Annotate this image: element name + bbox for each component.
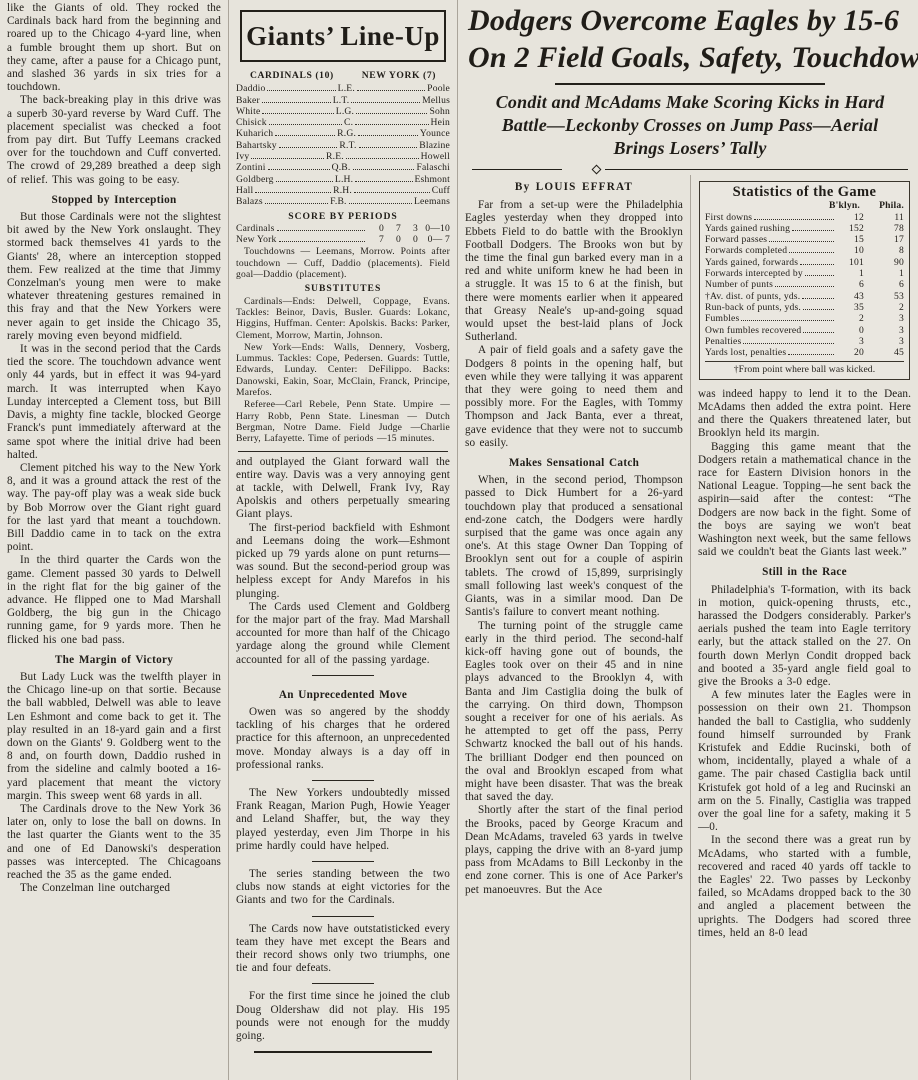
dot-leader [359, 147, 418, 148]
officials: Referee—Carl Rebele, Penn State. Umpire … [236, 399, 450, 444]
home-player: Goldberg [236, 174, 274, 185]
philadelphia-value: 1 [864, 268, 904, 279]
article-paragraph: The turning point of the struggle came e… [465, 620, 683, 805]
dot-leader [353, 169, 415, 170]
substitutes-newyork: New York—Ends: Walls, Dennery, Vosberg, … [236, 342, 450, 398]
brooklyn-value: 6 [836, 279, 864, 290]
dot-leader [358, 135, 418, 136]
stats-column-article: was indeed happy to lend it to the Dean.… [698, 388, 911, 940]
philadelphia-value: 53 [864, 291, 904, 302]
philadelphia-value: 78 [864, 223, 904, 234]
stat-label: Forward passes [705, 234, 767, 245]
brooklyn-value: 3 [836, 336, 864, 347]
dot-leader [357, 90, 425, 91]
statistics-row: Own fumbles recovered 0 3 [705, 325, 904, 336]
article-paragraph [236, 975, 450, 990]
stat-label: Yards gained, forwards [705, 257, 798, 268]
ornament-divider [472, 166, 908, 173]
stat-label: Penalties [705, 336, 741, 347]
home-player: Bahartsky [236, 140, 277, 151]
away-player: Hein [431, 117, 450, 128]
headline-rule [555, 83, 825, 85]
dot-leader [275, 135, 335, 136]
article-paragraph: Makes Sensational Catch [465, 457, 683, 470]
home-player: Ivy [236, 151, 249, 162]
box-bottom-rule [238, 451, 448, 452]
dot-leader [349, 203, 412, 204]
spacer [705, 200, 814, 211]
score-by-periods-title: SCORE BY PERIODS [236, 211, 450, 222]
position: L.G. [336, 106, 354, 117]
statistics-row: Forwards completed 10 8 [705, 245, 904, 256]
dot-leader [788, 354, 834, 355]
article-paragraph: It was in the second period that the Car… [7, 343, 221, 462]
q2-score: 7 [384, 223, 401, 234]
dot-leader [276, 181, 333, 182]
q2-score: 0 [384, 234, 401, 245]
statistics-rows: First downs 12 11 Yards gained rushing 1… [705, 212, 904, 359]
article-paragraph: By LOUIS EFFRAT [465, 181, 683, 194]
statistics-box: Statistics of the Game B'klyn. Phila. Fi… [699, 181, 910, 380]
left-article-column: like the Giants of old. They rocked the … [0, 0, 229, 1080]
away-player: Cuff [432, 185, 450, 196]
divider-segment [472, 169, 562, 170]
away-player: Howell [421, 151, 450, 162]
article-paragraph [236, 853, 450, 868]
dot-leader [802, 298, 834, 299]
brooklyn-column-header: B'klyn. [814, 200, 860, 211]
statistics-row: Fumbles 2 3 [705, 313, 904, 324]
away-player: Younce [420, 128, 450, 139]
home-player: Balazs [236, 196, 263, 207]
article-paragraph: Shortly after the start of the final per… [465, 804, 683, 896]
position: R.T. [339, 140, 356, 151]
position: R.H. [333, 185, 352, 196]
substitutes-cardinals: Cardinals—Ends: Delwell, Coppage, Evans.… [236, 296, 450, 341]
brooklyn-value: 12 [836, 212, 864, 223]
lineup-column-notes: and outplayed the Giant forward wall the… [236, 456, 450, 1044]
lineup-row: White L.G. Sohn [236, 106, 450, 117]
article-paragraph [236, 772, 450, 787]
brooklyn-value: 15 [836, 234, 864, 245]
lineup-row: Goldberg L.H. Eshmont [236, 174, 450, 185]
statistics-row: Forwards intercepted by 1 1 [705, 268, 904, 279]
away-player: Blazine [419, 140, 450, 151]
dot-leader [268, 169, 330, 170]
philadelphia-value: 11 [864, 212, 904, 223]
dot-leader [346, 158, 419, 159]
philadelphia-value: 2 [864, 302, 904, 313]
story-columns: By LOUIS EFFRAT Far from a set-up were t… [458, 175, 918, 1080]
philadelphia-value: 17 [864, 234, 904, 245]
position: L.E. [338, 83, 355, 94]
diamond-ornament-icon [592, 165, 602, 175]
scoring-summary: Touchdowns — Leemans, Morrow. Points aft… [236, 246, 450, 280]
home-player: Zontini [236, 162, 266, 173]
score-team: Cardinals [236, 223, 275, 234]
article-paragraph: Bagging this game meant that the Dodgers… [698, 441, 911, 560]
position: R.G. [337, 128, 356, 139]
lineup-row: Kuharich R.G. Younce [236, 128, 450, 139]
article-paragraph: In the third quarter the Cards won the g… [7, 554, 221, 646]
philadelphia-value: 3 [864, 336, 904, 347]
away-player: Poole [427, 83, 450, 94]
away-player: Leemans [414, 196, 450, 207]
dot-leader [354, 192, 430, 193]
dot-leader [269, 124, 342, 125]
article-paragraph: The Cards now have outstatisticked every… [236, 923, 450, 976]
philadelphia-value: 6 [864, 279, 904, 290]
dot-leader [265, 203, 328, 204]
dot-leader [741, 320, 834, 321]
position: C. [344, 117, 353, 128]
lineup-row: Hall R.H. Cuff [236, 185, 450, 196]
dot-leader [251, 158, 324, 159]
article-paragraph: like the Giants of old. They rocked the … [7, 2, 221, 94]
dot-leader [792, 230, 834, 231]
stat-label: Run-back of punts, yds. [705, 302, 801, 313]
lineup-row: Daddio L.E. Poole [236, 83, 450, 94]
home-player: Kuharich [236, 128, 273, 139]
article-paragraph: When, in the second period, Thompson pas… [465, 474, 683, 619]
home-player: Hall [236, 185, 253, 196]
stat-label: Yards gained rushing [705, 223, 790, 234]
dot-leader [351, 102, 420, 103]
article-paragraph: The Cardinals drove to the New York 36 l… [7, 803, 221, 882]
article-paragraph: A few minutes later the Eagles were in p… [698, 689, 911, 834]
newspaper-page: like the Giants of old. They rocked the … [0, 0, 918, 1080]
position: L.T. [333, 95, 350, 106]
main-headline-line1: Dodgers Overcome Eagles by 15-6 [468, 2, 912, 39]
dot-leader [800, 264, 834, 265]
article-paragraph: In the second there was a great run by M… [698, 834, 911, 940]
article-paragraph: Owen was so angered by the shoddy tackli… [236, 706, 450, 772]
brooklyn-value: 10 [836, 245, 864, 256]
dot-leader [769, 241, 834, 242]
philadelphia-value: 90 [864, 257, 904, 268]
brooklyn-value: 0 [836, 325, 864, 336]
score-team: New York [236, 234, 277, 245]
lineup-column: Giants’ Line-Up CARDINALS (10) NEW YORK … [229, 0, 458, 1080]
q1-score: 7 [367, 234, 384, 245]
article-paragraph: and outplayed the Giant forward wall the… [236, 456, 450, 522]
statistics-row: Yards lost, penalties 20 45 [705, 347, 904, 358]
article-paragraph: The Conzelman line outcharged [7, 882, 221, 895]
lineup-box-title: Giants’ Line-Up [246, 21, 440, 51]
away-player: Eshmont [415, 174, 451, 185]
dot-leader [279, 147, 338, 148]
article-paragraph: Clement pitched his way to the New York … [7, 462, 221, 554]
article-paragraph: Stopped by Interception [7, 194, 221, 207]
stat-label: Fumbles [705, 313, 739, 324]
article-paragraph: An Unprecedented Move [236, 689, 450, 702]
article-paragraph: Still in the Race [698, 566, 911, 579]
philadelphia-value: 3 [864, 325, 904, 336]
article-paragraph: A pair of field goals and a safety gave … [465, 344, 683, 450]
main-headline-line2: On 2 Field Goals, Safety, Touchdown [468, 39, 912, 76]
article-paragraph: For the first time since he joined the c… [236, 990, 450, 1043]
q3-score: 3 [401, 223, 418, 234]
dot-leader [789, 252, 834, 253]
lineup-row: Balazs F.B. Leemans [236, 196, 450, 207]
position: R.E. [326, 151, 344, 162]
score-row: Cardinals 0 7 3 0—10 [236, 223, 450, 234]
away-player: Sohn [429, 106, 450, 117]
article-paragraph: But those Cardinals were not the slighte… [7, 211, 221, 343]
statistics-row: Penalties 3 3 [705, 336, 904, 347]
dot-leader [743, 343, 834, 344]
philadelphia-value: 45 [864, 347, 904, 358]
lineup-box: Giants’ Line-Up [240, 10, 446, 62]
stat-label: Yards lost, penalties [705, 347, 786, 358]
brooklyn-value: 43 [836, 291, 864, 302]
statistics-row: Number of punts 6 6 [705, 279, 904, 290]
philadelphia-value: 8 [864, 245, 904, 256]
dot-leader [277, 230, 365, 231]
lineup-row: Ivy R.E. Howell [236, 151, 450, 162]
dodgers-story: Dodgers Overcome Eagles by 15-6 On 2 Fie… [458, 0, 918, 1080]
dot-leader [355, 181, 412, 182]
article-paragraph: The Margin of Victory [7, 654, 221, 667]
headline-block: Dodgers Overcome Eagles by 15-6 On 2 Fie… [458, 0, 918, 175]
dot-leader [262, 113, 333, 114]
stat-label: Forwards completed [705, 245, 787, 256]
article-paragraph: The first-period backfield with Eshmont … [236, 522, 450, 601]
statistics-row: Run-back of punts, yds. 35 2 [705, 302, 904, 313]
column-end-rule [254, 1051, 432, 1053]
stat-label: Forwards intercepted by [705, 268, 803, 279]
philadelphia-column-header: Phila. [860, 200, 904, 211]
dot-leader [267, 90, 335, 91]
score-row: New York 7 0 0 0— 7 [236, 234, 450, 245]
home-player: White [236, 106, 260, 117]
home-player: Daddio [236, 83, 265, 94]
substitutes-title: SUBSTITUTES [236, 283, 450, 294]
article-paragraph: Philadelphia's T-formation, with its bac… [698, 584, 911, 690]
position: F.B. [330, 196, 347, 207]
dot-leader [355, 124, 428, 125]
article-paragraph: The New Yorkers undoubtedly missed Frank… [236, 787, 450, 853]
dot-leader [805, 275, 834, 276]
q4-final-score: 0—10 [418, 223, 450, 234]
home-player: Chisick [236, 117, 267, 128]
lineup-row: Baker L.T. Mellus [236, 95, 450, 106]
dot-leader [803, 309, 834, 310]
dot-leader [775, 286, 834, 287]
brooklyn-value: 20 [836, 347, 864, 358]
article-paragraph: The back-breaking play in this drive was… [7, 94, 221, 186]
statistics-row: Yards gained rushing 152 78 [705, 223, 904, 234]
dot-leader [803, 332, 834, 333]
lineup-table: CARDINALS (10) NEW YORK (7) Daddio L.E. … [236, 70, 450, 452]
lineup-rows: Daddio L.E. Poole Baker L.T. Mellus [236, 83, 450, 207]
effrat-column: By LOUIS EFFRAT Far from a set-up were t… [458, 175, 691, 1080]
position: Q.B. [332, 162, 351, 173]
article-paragraph: The series standing between the two club… [236, 868, 450, 908]
article-paragraph [236, 908, 450, 923]
home-team-score: CARDINALS (10) [250, 70, 334, 81]
stat-label: First downs [705, 212, 752, 223]
dot-leader [754, 219, 834, 220]
q3-score: 0 [401, 234, 418, 245]
article-paragraph: The Cards used Clement and Goldberg for … [236, 601, 450, 667]
brooklyn-value: 1 [836, 268, 864, 279]
q4-final-score: 0— 7 [418, 234, 450, 245]
stat-label: Number of punts [705, 279, 773, 290]
statistics-footnote: †From point where ball was kicked. [705, 361, 904, 375]
statistics-column-headers: B'klyn. Phila. [705, 200, 904, 211]
statistics-row: First downs 12 11 [705, 212, 904, 223]
stat-label: †Av. dist. of punts, yds. [705, 291, 800, 302]
away-player: Falaschi [416, 162, 450, 173]
dot-leader [262, 102, 331, 103]
home-player: Baker [236, 95, 260, 106]
brooklyn-value: 101 [836, 257, 864, 268]
article-paragraph [236, 667, 450, 682]
statistics-row: Yards gained, forwards 101 90 [705, 257, 904, 268]
dot-leader [255, 192, 331, 193]
dot-leader [279, 241, 365, 242]
lineup-row: Zontini Q.B. Falaschi [236, 162, 450, 173]
lineup-teams-header: CARDINALS (10) NEW YORK (7) [236, 70, 450, 81]
lineup-row: Bahartsky R.T. Blazine [236, 140, 450, 151]
brooklyn-value: 2 [836, 313, 864, 324]
position: L.H. [335, 174, 353, 185]
subheadline: Condit and McAdams Make Scoring Kicks in… [468, 91, 912, 160]
article-paragraph: But Lady Luck was the twelfth player in … [7, 671, 221, 803]
away-player: Mellus [422, 95, 450, 106]
article-paragraph: was indeed happy to lend it to the Dean.… [698, 388, 911, 441]
philadelphia-value: 3 [864, 313, 904, 324]
lineup-row: Chisick C. Hein [236, 117, 450, 128]
stats-column: Statistics of the Game B'klyn. Phila. Fi… [691, 175, 918, 1080]
statistics-row: †Av. dist. of punts, yds. 43 53 [705, 291, 904, 302]
brooklyn-value: 152 [836, 223, 864, 234]
dot-leader [356, 113, 427, 114]
away-team-score: NEW YORK (7) [362, 70, 436, 81]
article-paragraph: Far from a set-up were the Philadelphia … [465, 199, 683, 344]
stat-label: Own fumbles recovered [705, 325, 801, 336]
q1-score: 0 [367, 223, 384, 234]
score-rows: Cardinals 0 7 3 0—10 New York 7 0 0 [236, 223, 450, 246]
statistics-title: Statistics of the Game [705, 187, 904, 198]
divider-segment [605, 169, 908, 170]
statistics-row: Forward passes 15 17 [705, 234, 904, 245]
brooklyn-value: 35 [836, 302, 864, 313]
